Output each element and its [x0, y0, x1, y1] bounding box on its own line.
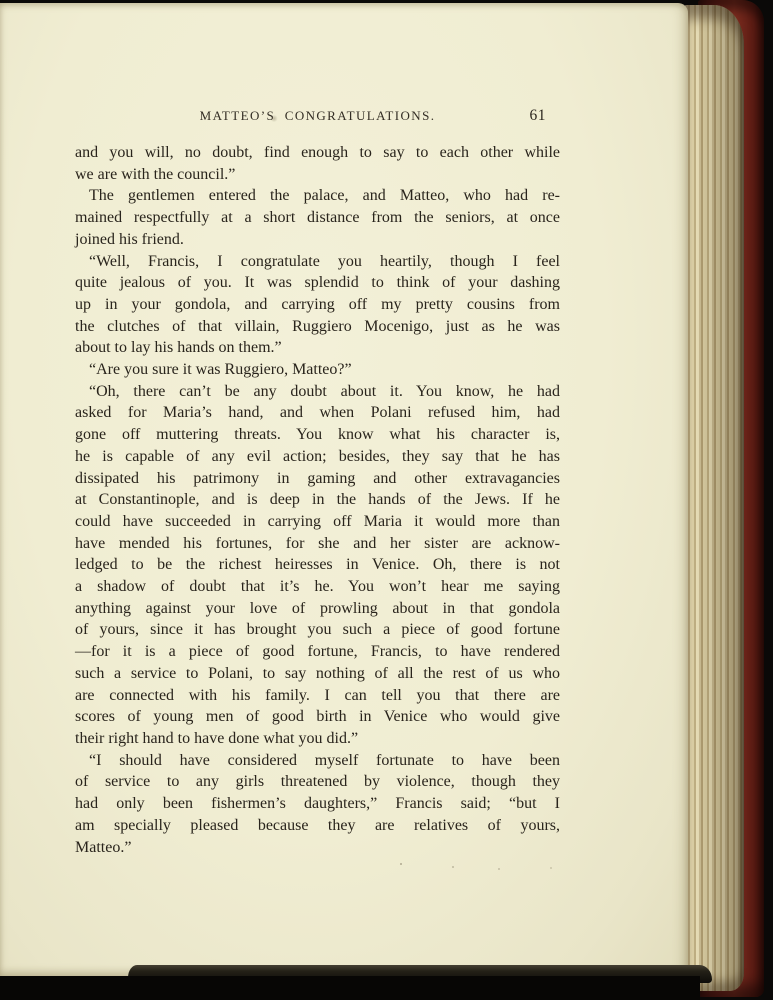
- page-number: 61: [530, 107, 547, 125]
- paragraph: “Well, Francis, I congratulate you heart…: [75, 251, 560, 360]
- page-header: MATTEO’S CONGRATULATIONS. 61: [75, 108, 560, 130]
- text-line: we are with the council.”: [75, 164, 560, 186]
- text-line: “Well, Francis, I congratulate you heart…: [75, 251, 560, 273]
- scanned-book-photo: MATTEO’S CONGRATULATIONS. 61 and you wil…: [0, 0, 773, 1000]
- text-line: could have succeeded in carrying off Mar…: [75, 511, 560, 533]
- body-text: and you will, no doubt, find enough to s…: [75, 142, 560, 858]
- text-line: a shadow of doubt that it’s he. You won’…: [75, 576, 560, 598]
- text-line: scores of young men of good birth in Ven…: [75, 706, 560, 728]
- text-line: “Oh, there can’t be any doubt about it. …: [75, 381, 560, 403]
- text-line: —for it is a piece of good fortune, Fran…: [75, 641, 560, 663]
- text-line: the clutches of that villain, Ruggiero M…: [75, 316, 560, 338]
- text-line: he is capable of any evil action; beside…: [75, 446, 560, 468]
- text-line: of service to any girls threatened by vi…: [75, 771, 560, 793]
- background-shadow: [0, 976, 700, 1000]
- text-line: ledged to be the richest heiresses in Ve…: [75, 554, 560, 576]
- text-line: at Constantinople, and is deep in the ha…: [75, 489, 560, 511]
- text-line: The gentlemen entered the palace, and Ma…: [75, 185, 560, 207]
- paragraph: “Oh, there can’t be any doubt about it. …: [75, 381, 560, 750]
- text-line: had only been fishermen’s daughters,” Fr…: [75, 793, 560, 815]
- text-line: “I should have considered myself fortuna…: [75, 750, 560, 772]
- paragraph: “Are you sure it was Ruggiero, Matteo?”: [75, 359, 560, 381]
- text-line: about to lay his hands on them.”: [75, 337, 560, 359]
- text-line: their right hand to have done what you d…: [75, 728, 560, 750]
- text-line: and you will, no doubt, find enough to s…: [75, 142, 560, 164]
- running-title: MATTEO’S CONGRATULATIONS.: [75, 108, 560, 124]
- text-line: am specially pleased because they are re…: [75, 815, 560, 837]
- text-line: have mended his fortunes, for she and he…: [75, 533, 560, 555]
- text-line: of yours, since it has brought you such …: [75, 619, 560, 641]
- paragraph: and you will, no doubt, find enough to s…: [75, 142, 560, 185]
- text-line: “Are you sure it was Ruggiero, Matteo?”: [75, 359, 560, 381]
- text-line: quite jealous of you. It was splendid to…: [75, 272, 560, 294]
- text-line: up in your gondola, and carrying off my …: [75, 294, 560, 316]
- text-line: asked for Maria’s hand, and when Polani …: [75, 402, 560, 424]
- text-line: mained respectfully at a short distance …: [75, 207, 560, 229]
- paragraph: “I should have considered myself fortuna…: [75, 750, 560, 859]
- book-fore-edge-pages: [683, 5, 744, 991]
- text-line: joined his friend.: [75, 229, 560, 251]
- text-line: such a service to Polani, to say nothing…: [75, 663, 560, 685]
- text-line: Matteo.”: [75, 837, 560, 859]
- text-line: anything against your love of prowling a…: [75, 598, 560, 620]
- text-line: are connected with his family. I can tel…: [75, 685, 560, 707]
- book-page: MATTEO’S CONGRATULATIONS. 61 and you wil…: [0, 3, 688, 976]
- text-line: dissipated his patrimony in gaming and o…: [75, 468, 560, 490]
- ink-specks: [400, 863, 402, 865]
- text-line: gone off muttering threats. You know wha…: [75, 424, 560, 446]
- paragraph: The gentlemen entered the palace, and Ma…: [75, 185, 560, 250]
